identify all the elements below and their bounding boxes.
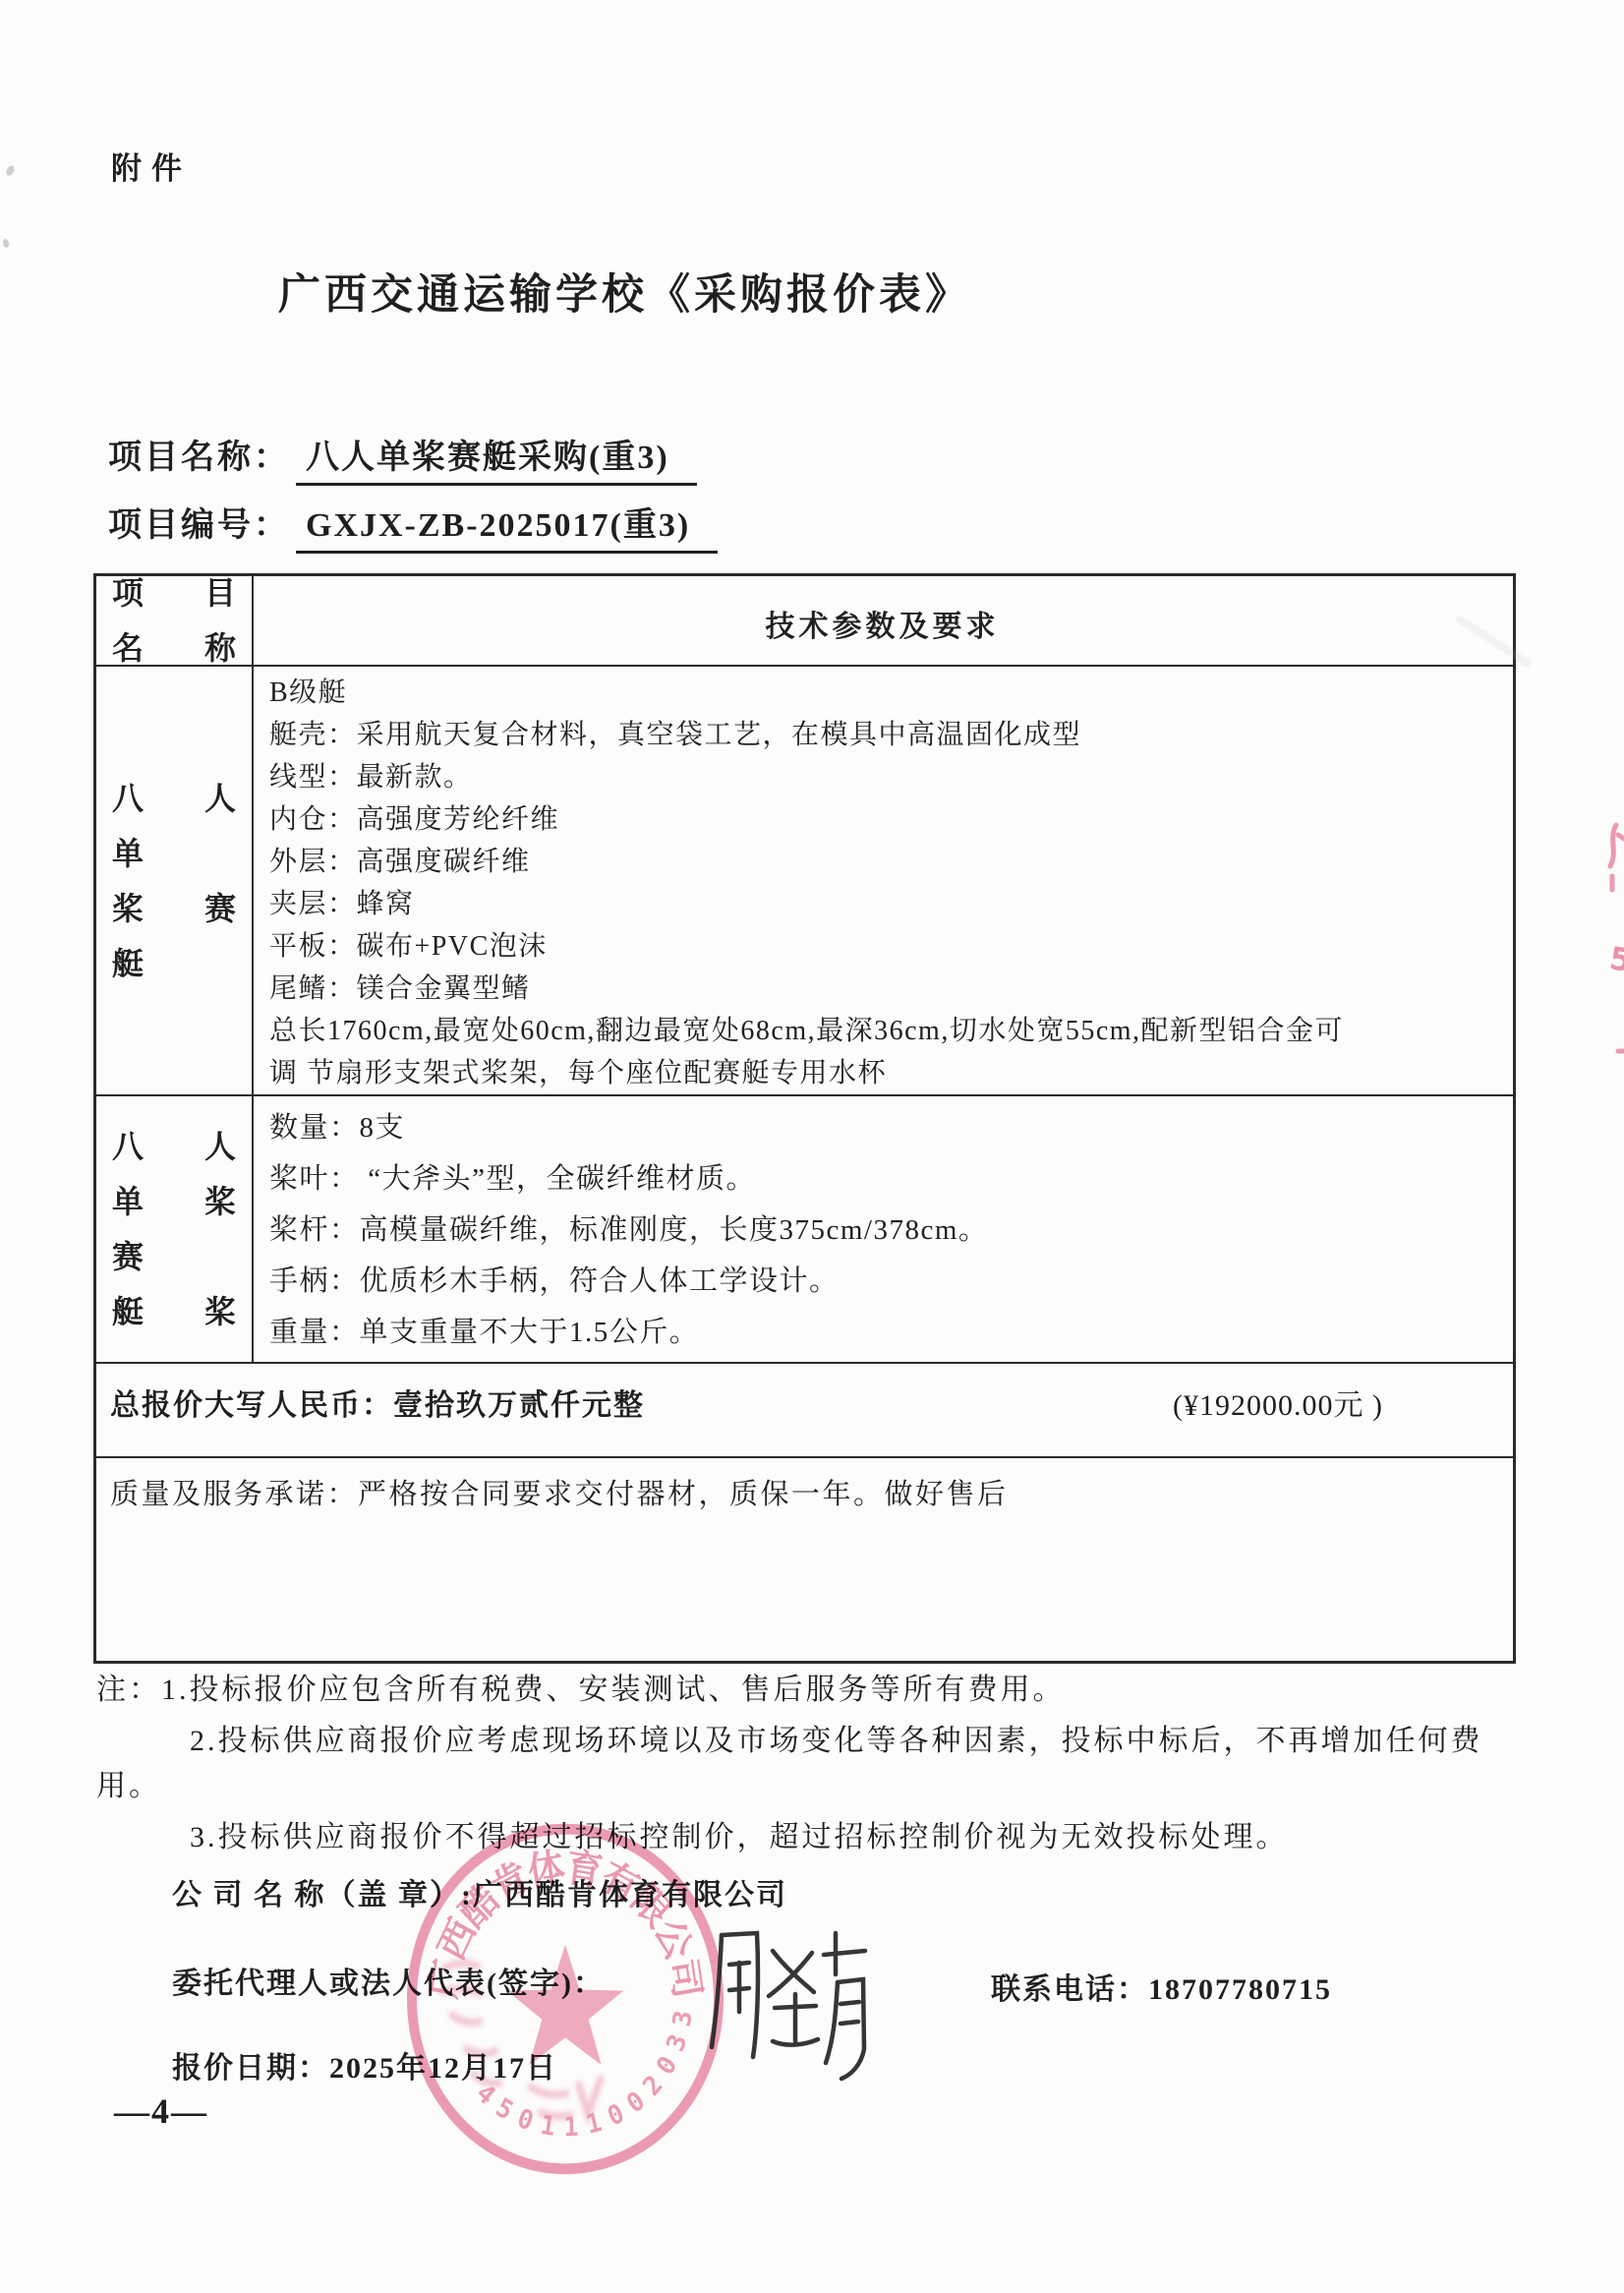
total-price-amount: (¥192000.00元 ) [1173, 1381, 1383, 1424]
note-2: 2.投标供应商报价应考虑现场环境以及市场变化等各种因素，投标中标后，不再增加任何… [96, 1719, 1492, 1809]
note-1: 注：1.投标报价应包含所有税费、安装测试、售后服务等所有费用。 [96, 1668, 1492, 1713]
svg-text:0: 0 [604, 2098, 629, 2133]
quality-commitment-text: 质量及服务承诺：严格按合同要求交付器材，质保一年。做好售后 [110, 1472, 1009, 1512]
svg-text:2: 2 [638, 2070, 668, 2102]
spec-table: 项 目 名称 技术参数及要求 八 人 单 桨 赛 艇 B级艇 艇壳：采用航天复合… [93, 573, 1516, 1664]
scanned-quotation-document: { "page": { "attachment": "附件", "title":… [0, 0, 1624, 2293]
phone-line: 联系电话：18707780715 [991, 1965, 1332, 2008]
header-item-label: 项 目 名称 [96, 565, 252, 676]
svg-text:0: 0 [513, 2103, 537, 2138]
project-code-value: GXJX-ZB-2025017(重3) [296, 507, 718, 554]
svg-text:3: 3 [667, 2009, 698, 2029]
oars-item-cell: 八 人 单 桨 赛 艇 桨 [96, 1096, 254, 1362]
table-row-total-price: 总报价大写人民币：壹拾玖万贰仟元整 (¥192000.00元 ) [96, 1362, 1513, 1456]
project-name-value: 八人单桨赛艇采购(重3) [296, 440, 697, 486]
company-seal-stamp: 广西酷肯体育有限公司 450111002033 [383, 1802, 747, 2196]
notes-block: 注：1.投标报价应包含所有税费、安装测试、售后服务等所有费用。 2.投标供应商报… [96, 1668, 1492, 1860]
total-price-label: 总报价大写人民币：壹拾玖万贰仟元整 [110, 1381, 645, 1424]
header-spec-cell: 技术参数及要求 [254, 576, 1513, 665]
oars-spec-cell: 数量：8支 桨叶： “大斧头”型，全碳纤维材质。 桨杆：高模量碳纤维，标准刚度，… [254, 1096, 1513, 1362]
phone-label: 联系电话： [991, 1973, 1148, 2006]
svg-text:体: 体 [525, 1846, 567, 1895]
phone-value: 18707780715 [1148, 1973, 1332, 2006]
boat-item-name: 八 人 单 桨 赛 艇 [96, 771, 252, 991]
edge-digit: 5 [1607, 939, 1624, 979]
oars-item-name: 八 人 单 桨 赛 艇 桨 [96, 1119, 252, 1339]
svg-text:3: 3 [662, 2030, 693, 2056]
header-item-cell: 项 目 名称 [96, 576, 254, 665]
boat-spec-cell: B级艇 艇壳：采用航天复合材料，真空袋工艺，在模具中高温固化成型 线型：最新款。… [254, 667, 1513, 1094]
table-row-boat: 八 人 单 桨 赛 艇 B级艇 艇壳：采用航天复合材料，真空袋工艺，在模具中高温… [96, 665, 1513, 1094]
page-title: 广西交通运输学校《采购报价表》 [278, 262, 971, 322]
header-spec-label: 技术参数及要求 [766, 602, 1000, 645]
scan-speck [2, 238, 10, 248]
table-header-row: 项 目 名称 技术参数及要求 [96, 576, 1513, 665]
signature: 周圣肯 [700, 1910, 887, 2087]
seal-star-icon [507, 1945, 623, 2065]
attachment-label: 附件 [111, 144, 192, 188]
boat-item-cell: 八 人 单 桨 赛 艇 [96, 667, 254, 1094]
seal-graphic: 广西酷肯体育有限公司 450111002033 [383, 1802, 747, 2196]
note-3: 3.投标供应商报价不得超过招标控制价，超过招标控制价视为无效投标处理。 [96, 1815, 1492, 1860]
svg-text:0: 0 [652, 2051, 683, 2081]
project-code-label: 项目编号： [108, 507, 290, 544]
table-row-oars: 八 人 单 桨 赛 艇 桨 数量：8支 桨叶： “大斧头”型，全碳纤维材质。 桨… [96, 1094, 1513, 1362]
project-code-line: 项目编号：GXJX-ZB-2025017(重3) [108, 498, 718, 546]
signature-strokes [700, 1910, 887, 2087]
scan-speck [5, 164, 16, 177]
edge-red-marks: 5 [1589, 819, 1624, 1104]
date-label: 报价日期： [172, 2052, 329, 2085]
project-name-label: 项目名称： [108, 440, 290, 476]
table-row-quality: 质量及服务承诺：严格按合同要求交付器材，质保一年。做好售后 [96, 1456, 1513, 1661]
svg-text:5: 5 [491, 2092, 518, 2127]
page-number: —4— [114, 2090, 208, 2132]
edge-marks-graphic: 5 [1589, 819, 1624, 1104]
project-name-line: 项目名称：八人单桨赛艇采购(重3) [108, 430, 697, 478]
